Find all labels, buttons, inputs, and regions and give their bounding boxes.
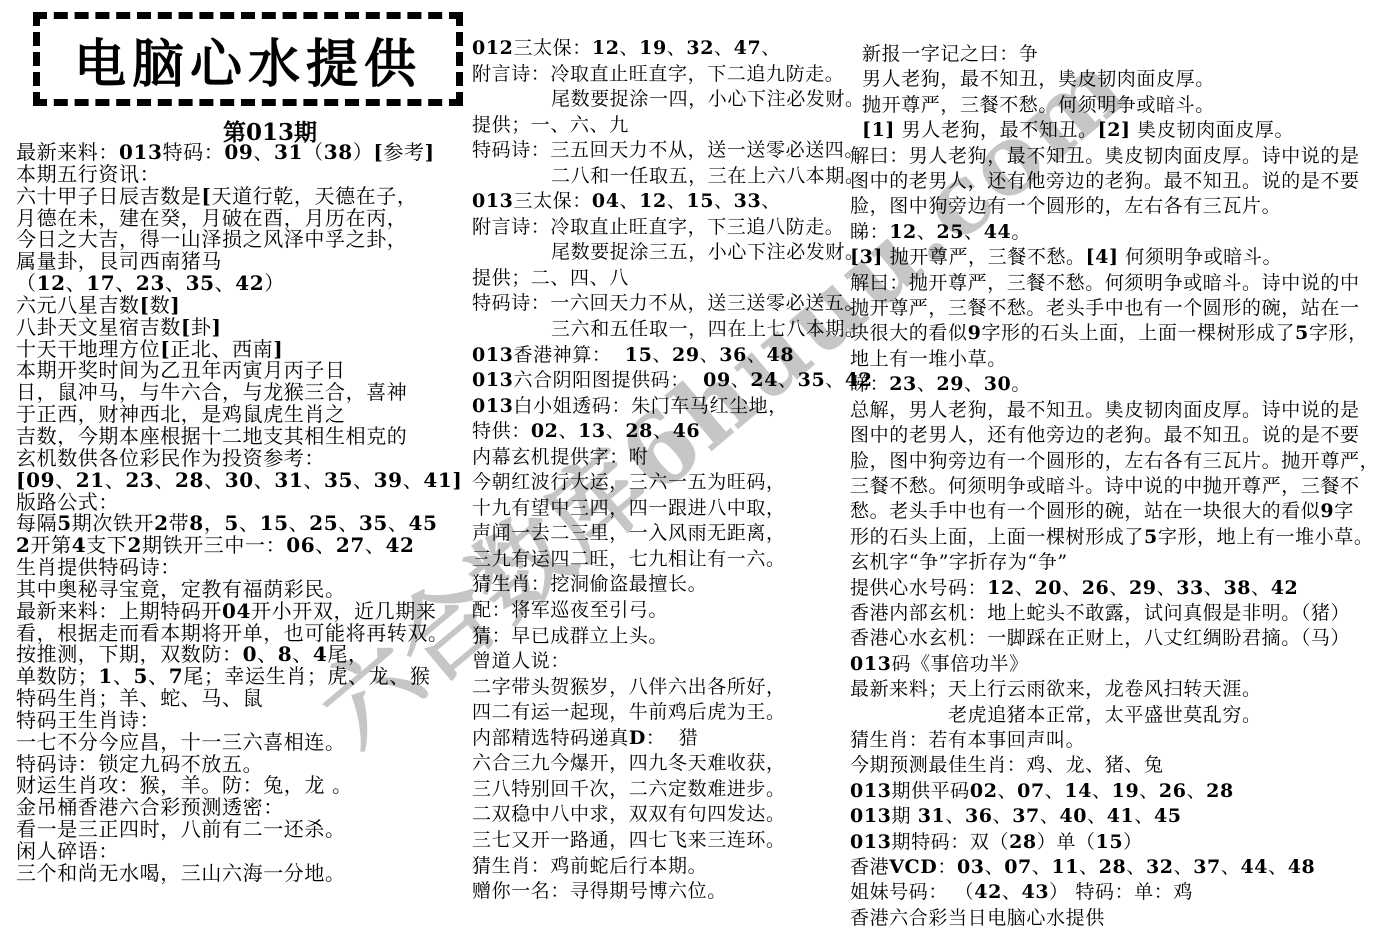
text-line: 六元八星吉数[数] (16, 295, 466, 317)
text-line: 三九有运四二旺，七九相让有一六。 (472, 547, 864, 573)
text-line: 二字带头贺猴岁，八伴六出各所好， (472, 675, 864, 701)
text-line: 总解，男人老狗，最不知丑。奊皮韧肉面皮厚。诗中说的是 (850, 398, 1386, 423)
text-line: 本期开奖时间为乙丑年丙寅月丙子日 (16, 360, 466, 382)
text-line: 013期 31、36、37、40、41、45 (850, 804, 1386, 829)
text-line: 图中的老男人，还有他旁边的老狗。最不知丑。说的是不要 (850, 423, 1386, 448)
page-title: 电脑心水提供 (74, 22, 422, 97)
title-dashed-box: 电脑心水提供 (33, 12, 463, 106)
text-line: 香港VCD：03、07、11、28、32、37、44、48 (850, 855, 1386, 880)
text-line: 013码《事倍功半》 (850, 652, 1386, 677)
text-line: 声闻一去二三里，一入风雨无距离， (472, 521, 864, 547)
text-line: 地上有一堆小草。 (850, 347, 1386, 372)
text-line: 配：将军巡夜至引弓。 (472, 598, 864, 624)
text-line: 猜生肖：若有本事回声叫。 (850, 728, 1386, 753)
text-line: 按推测，下期，双数防：0、8、4尾， (16, 644, 466, 666)
text-line: 单数防；1、5、7尾；幸运生肖；虎、龙、猴 (16, 666, 466, 688)
text-line: 附言诗：冷取直止旺直字，下三追八防走。 (472, 215, 864, 241)
text-line: 四二有运一起现，牛前鸡后虎为王。 (472, 700, 864, 726)
text-line: 抛开尊严，三餐不愁。老头手中也有一个圆形的碗，站在一 (850, 296, 1386, 321)
text-line: 金吊桶香港六合彩预测透密： (16, 797, 466, 819)
text-line: 2开第4支下2期铁开三中一：06、27、42 (16, 535, 466, 557)
text-line: 看一是三正四时，八前有二一还杀。 (16, 819, 466, 841)
text-line: 图中的老男人，还有他旁边的老狗。最不知丑。说的是不要 (850, 169, 1386, 194)
text-line: 三餐不愁。何须明争或暗斗。诗中说的中抛开尊严，三餐不 (850, 474, 1386, 499)
text-line: 脸，图中狗旁边有一个圆形的，左右各有三瓦片。抛开尊严， (850, 449, 1386, 474)
text-line: 附言诗：冷取直止旺直字，下二追九防走。 (472, 62, 864, 88)
text-line: （12、17、23、35、42） (16, 273, 466, 295)
text-line: 最新来料：上期特码开04开小开双，近几期来 (16, 601, 466, 623)
left-column: 最新来料：013特码：09、31（38）[参考]本期五行资讯：六十甲子日辰吉数是… (16, 142, 466, 885)
text-line: 形的石头上面，上面一棵树形成了5字形，地上有一堆小草。 (850, 525, 1386, 550)
text-line: 今期预测最佳生肖：鸡、龙、猪、兔 (850, 753, 1386, 778)
text-line: 每隔5期次铁开2带8，5、15、25、35、45 (16, 513, 466, 535)
text-line: 六十甲子日辰吉数是[天道行乾，天德在子， (16, 186, 466, 208)
text-line: 老虎追猪本正常，太平盛世莫乱穷。 (850, 703, 1386, 728)
text-line: 三个和尚无水喝，三山六海一分地。 (16, 863, 466, 885)
text-line: 本期五行资讯： (16, 164, 466, 186)
text-line: 三六和五任取一，四在上七八本期。 (472, 317, 864, 343)
text-line: 猜生肖：挖洞偷盗最擅长。 (472, 572, 864, 598)
text-line: 八卦天文星宿吉数[卦] (16, 317, 466, 339)
text-line: 解曰：男人老狗，最不知丑。奊皮韧肉面皮厚。诗中说的是 (850, 144, 1386, 169)
text-line: 提供；二、四、八 (472, 266, 864, 292)
text-line: 013六合阴阳图提供码： 09、24、35、42 (472, 368, 864, 394)
text-line: 十天干地理方位[正北、西南] (16, 339, 466, 361)
text-line: 三七又开一路通，四七飞来三连环。 (472, 828, 864, 854)
text-line: 香港心水玄机：一脚踩在正财上，八丈红绸盼君摘。（马） (850, 626, 1386, 651)
text-line: 脸，图中狗旁边有一个圆形的，左右各有三瓦片。 (850, 194, 1386, 219)
text-line: 今朝红波行大运，三六一五为旺码， (472, 470, 864, 496)
text-line: 吉数，今期本座根据十二地支其相生相克的 (16, 426, 466, 448)
text-line: 香港内部玄机：地上蛇头不敢露，试问真假是非明。（猪） (850, 601, 1386, 626)
text-line: 尾数要捉涂一四，小心下注必发财。 (472, 87, 864, 113)
text-line: [3] 抛开尊严，三餐不愁。[4] 何须明争或暗斗。 (850, 245, 1386, 270)
text-line: 猜：早已成群立上头。 (472, 624, 864, 650)
text-line: 特供：02、13、28、46 (472, 419, 864, 445)
text-line: 抛开尊严，三餐不愁。何须明争或暗斗。 (850, 93, 1386, 118)
text-line: 013三太保：04、12、15、33、 (472, 189, 864, 215)
text-line: 属量卦，艮司西南猪马 (16, 251, 466, 273)
text-line: 块很大的看似9字形的石头上面，上面一棵树形成了5字形， (850, 321, 1386, 346)
text-line: 提供心水号码：12、20、26、29、33、38、42 (850, 576, 1386, 601)
text-line: 二双稳中八中求，双双有句四发达。 (472, 802, 864, 828)
text-line: 特码诗：锁定九码不放五。 (16, 754, 466, 776)
text-line: 闲人碎语： (16, 841, 466, 863)
text-line: [09、21、23、28、30、31、35、39、41] (16, 470, 466, 492)
text-line: 一七不分今应昌，十一三六喜相连。 (16, 732, 466, 754)
text-line: 财运生肖攻：猴，羊。防：兔，龙 。 (16, 775, 466, 797)
text-line: 睇：12、25、44。 (850, 220, 1386, 245)
text-line: 玄机数供各位彩民作为投资参考： (16, 448, 466, 470)
text-line: 猜生肖：鸡前蛇后行本期。 (472, 854, 864, 880)
text-line: 特码王生肖诗： (16, 710, 466, 732)
right-column: 新报一字记之曰：争男人老狗，最不知丑，奊皮韧肉面皮厚。抛开尊严，三餐不愁。何须明… (850, 42, 1386, 931)
text-line: 玄机字“争”字折存为“争” (850, 550, 1386, 575)
text-line: 内幕玄机提供字：咐 (472, 445, 864, 471)
text-line: [1] 男人老狗，最不知丑。[2] 奊皮韧肉面皮厚。 (850, 118, 1386, 143)
issue-number: 第013期 (0, 114, 540, 147)
text-line: 013香港神算： 15、29、36、48 (472, 343, 864, 369)
text-line: 特码生肖；羊、蛇、马、鼠 (16, 688, 466, 710)
lottery-tip-sheet-page: 六合数库6huuu.com 电脑心水提供 第013期 最新来料：013特码：09… (0, 0, 1388, 948)
text-line: 愁。老头手中也有一个圆形的碗，站在一块很大的看似9字 (850, 499, 1386, 524)
text-line: 最新来料；天上行云雨欲来，龙卷风扫转天涯。 (850, 677, 1386, 702)
text-line: 其中奥秘寻宝竟，定教有福荫彩民。 (16, 579, 466, 601)
text-line: 012三太保：12、19、32、47、 (472, 36, 864, 62)
text-line: 曾道人说： (472, 649, 864, 675)
text-line: 十九有望中三四，四一跟进八中取， (472, 496, 864, 522)
text-line: 生肖提供特码诗： (16, 557, 466, 579)
text-line: 看，根据走而看本期将开单，也可能将再转双。 (16, 623, 466, 645)
text-line: 赠你一名：寻得期号博六位。 (472, 879, 864, 905)
text-line: 男人老狗，最不知丑，奊皮韧肉面皮厚。 (850, 67, 1386, 92)
text-line: 日，鼠冲马，与牛六合，与龙猴三合，喜神 (16, 382, 466, 404)
text-line: 三八特别回千次，二六定数难进步。 (472, 777, 864, 803)
text-line: 013期特码：双（28）单（15） (850, 830, 1386, 855)
text-line: 月德在未，建在癸，月破在酉，月历在丙， (16, 208, 466, 230)
text-line: 013白小姐透码：朱门车马红尘地， (472, 394, 864, 420)
text-line: 特码诗：一六回天力不从，送三送零必送五。 (472, 291, 864, 317)
text-line: 于正西，财神西北，是鸡鼠虎生肖之 (16, 404, 466, 426)
text-line: 六合三九今爆开，四九冬天难收获， (472, 751, 864, 777)
text-line: 二八和一任取五，三在上六八本期。 (472, 164, 864, 190)
text-line: 今日之大吉，得一山泽损之风泽中孚之卦， (16, 229, 466, 251)
text-line: 姐妹号码： （42、43） 特码：单：鸡 (850, 880, 1386, 905)
text-line: 版路公式： (16, 492, 466, 514)
text-line: 内部精选特码递真D： 猎 (472, 726, 864, 752)
text-line: 香港六合彩当日电脑心水提供 (850, 906, 1386, 931)
text-line: 尾数要捉涂三五，小心下注必发财。 (472, 240, 864, 266)
middle-column: 012三太保：12、19、32、47、附言诗：冷取直止旺直字，下二追九防走。尾数… (472, 36, 864, 905)
text-line: 睇：23、29、30。 (850, 372, 1386, 397)
text-line: 新报一字记之曰：争 (850, 42, 1386, 67)
text-line: 解曰：抛开尊严，三餐不愁。何须明争或暗斗。诗中说的中 (850, 271, 1386, 296)
text-line: 013期供平码02、07、14、19、26、28 (850, 779, 1386, 804)
